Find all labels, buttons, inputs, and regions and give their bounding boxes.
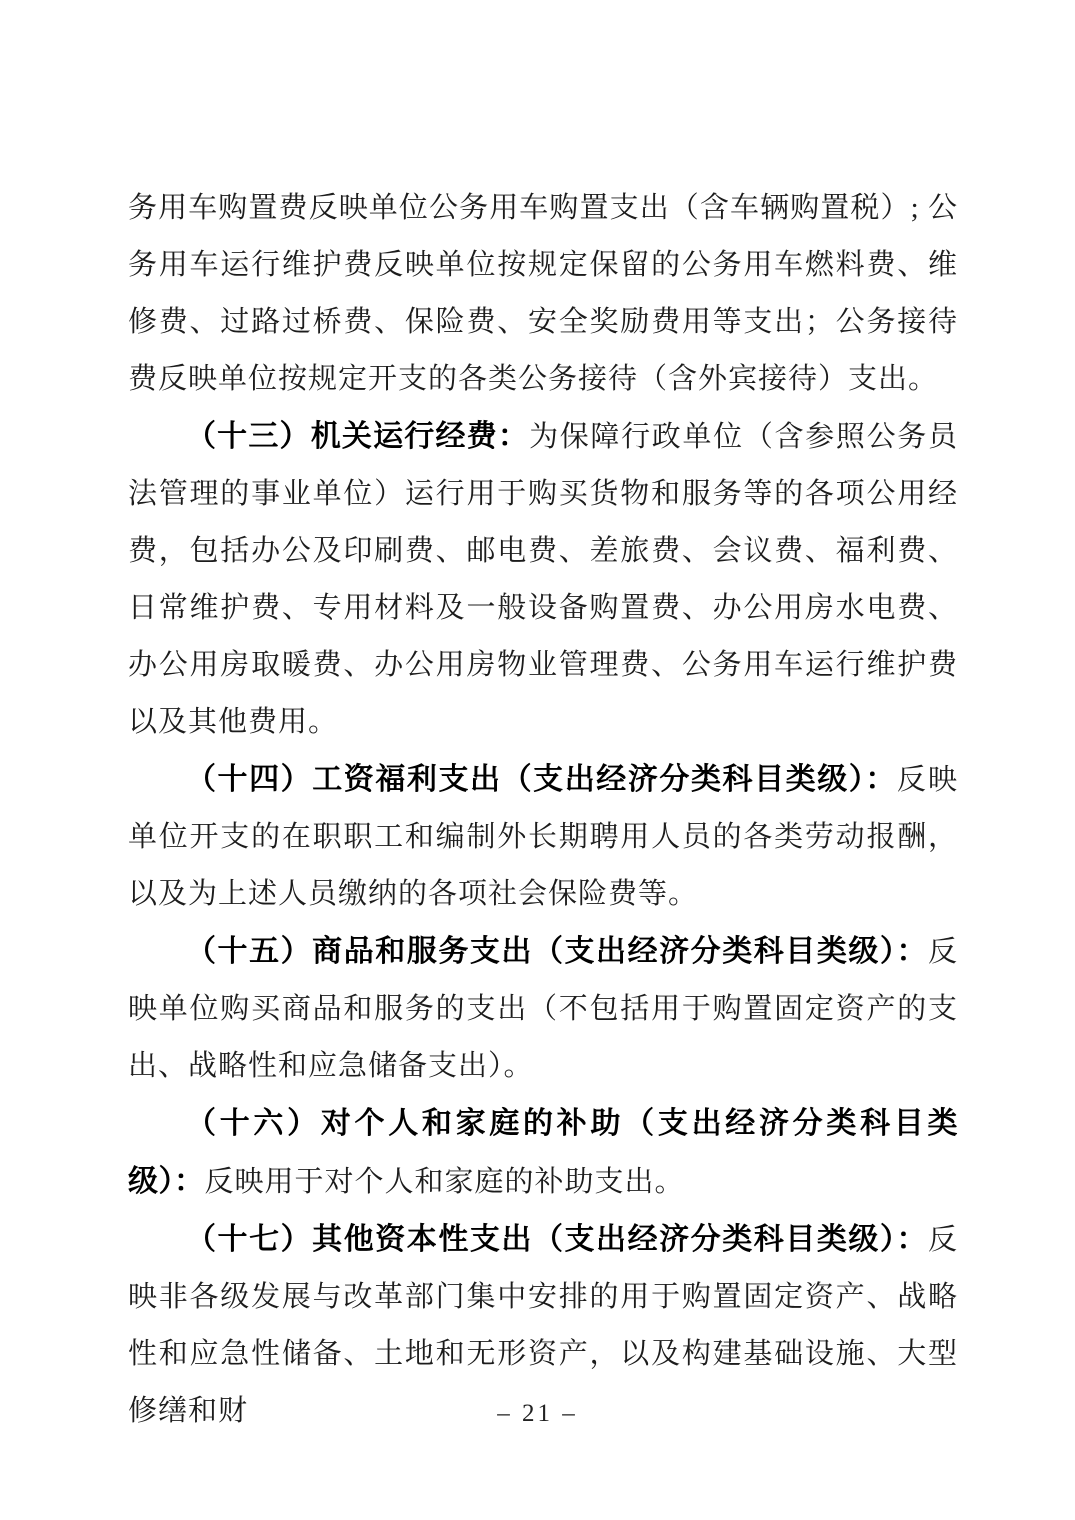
section-heading-13: （十三）机关运行经费： [186, 420, 529, 453]
paragraph-item-16: （十六）对个人和家庭的补助（支出经济分类科目类级）：反映用于对个人和家庭的补助支… [128, 1095, 958, 1211]
paragraph-text: 为保障行政单位（含参照公务员法管理的事业单位）运行用于购买货物和服务等的各项公用… [128, 421, 958, 738]
page-number: – 21 – [497, 1400, 578, 1427]
section-heading-15: （十五）商品和服务支出（支出经济分类科目类级）： [186, 935, 928, 968]
section-heading-17: （十七）其他资本性支出（支出经济分类科目类级）： [186, 1223, 928, 1256]
page-footer: – 21 – [0, 1400, 1075, 1428]
section-heading-14: （十四）工资福利支出（支出经济分类科目类级）： [186, 763, 897, 796]
paragraph-continuation: 务用车购置费反映单位公务用车购置支出（含车辆购置税）; 公务用车运行维护费反映单… [128, 180, 958, 408]
document-page: 务用车购置费反映单位公务用车购置支出（含车辆购置税）; 公务用车运行维护费反映单… [0, 0, 1075, 1520]
paragraph-text: 反映用于对个人和家庭的补助支出。 [205, 1166, 685, 1198]
document-body: 务用车购置费反映单位公务用车购置支出（含车辆购置税）; 公务用车运行维护费反映单… [128, 180, 958, 1440]
paragraph-item-15: （十五）商品和服务支出（支出经济分类科目类级）：反映单位购买商品和服务的支出（不… [128, 923, 958, 1095]
paragraph-item-14: （十四）工资福利支出（支出经济分类科目类级）：反映单位开支的在职职工和编制外长期… [128, 751, 958, 923]
paragraph-text: 务用车购置费反映单位公务用车购置支出（含车辆购置税）; 公务用车运行维护费反映单… [128, 192, 958, 395]
paragraph-item-13: （十三）机关运行经费：为保障行政单位（含参照公务员法管理的事业单位）运行用于购买… [128, 408, 958, 751]
